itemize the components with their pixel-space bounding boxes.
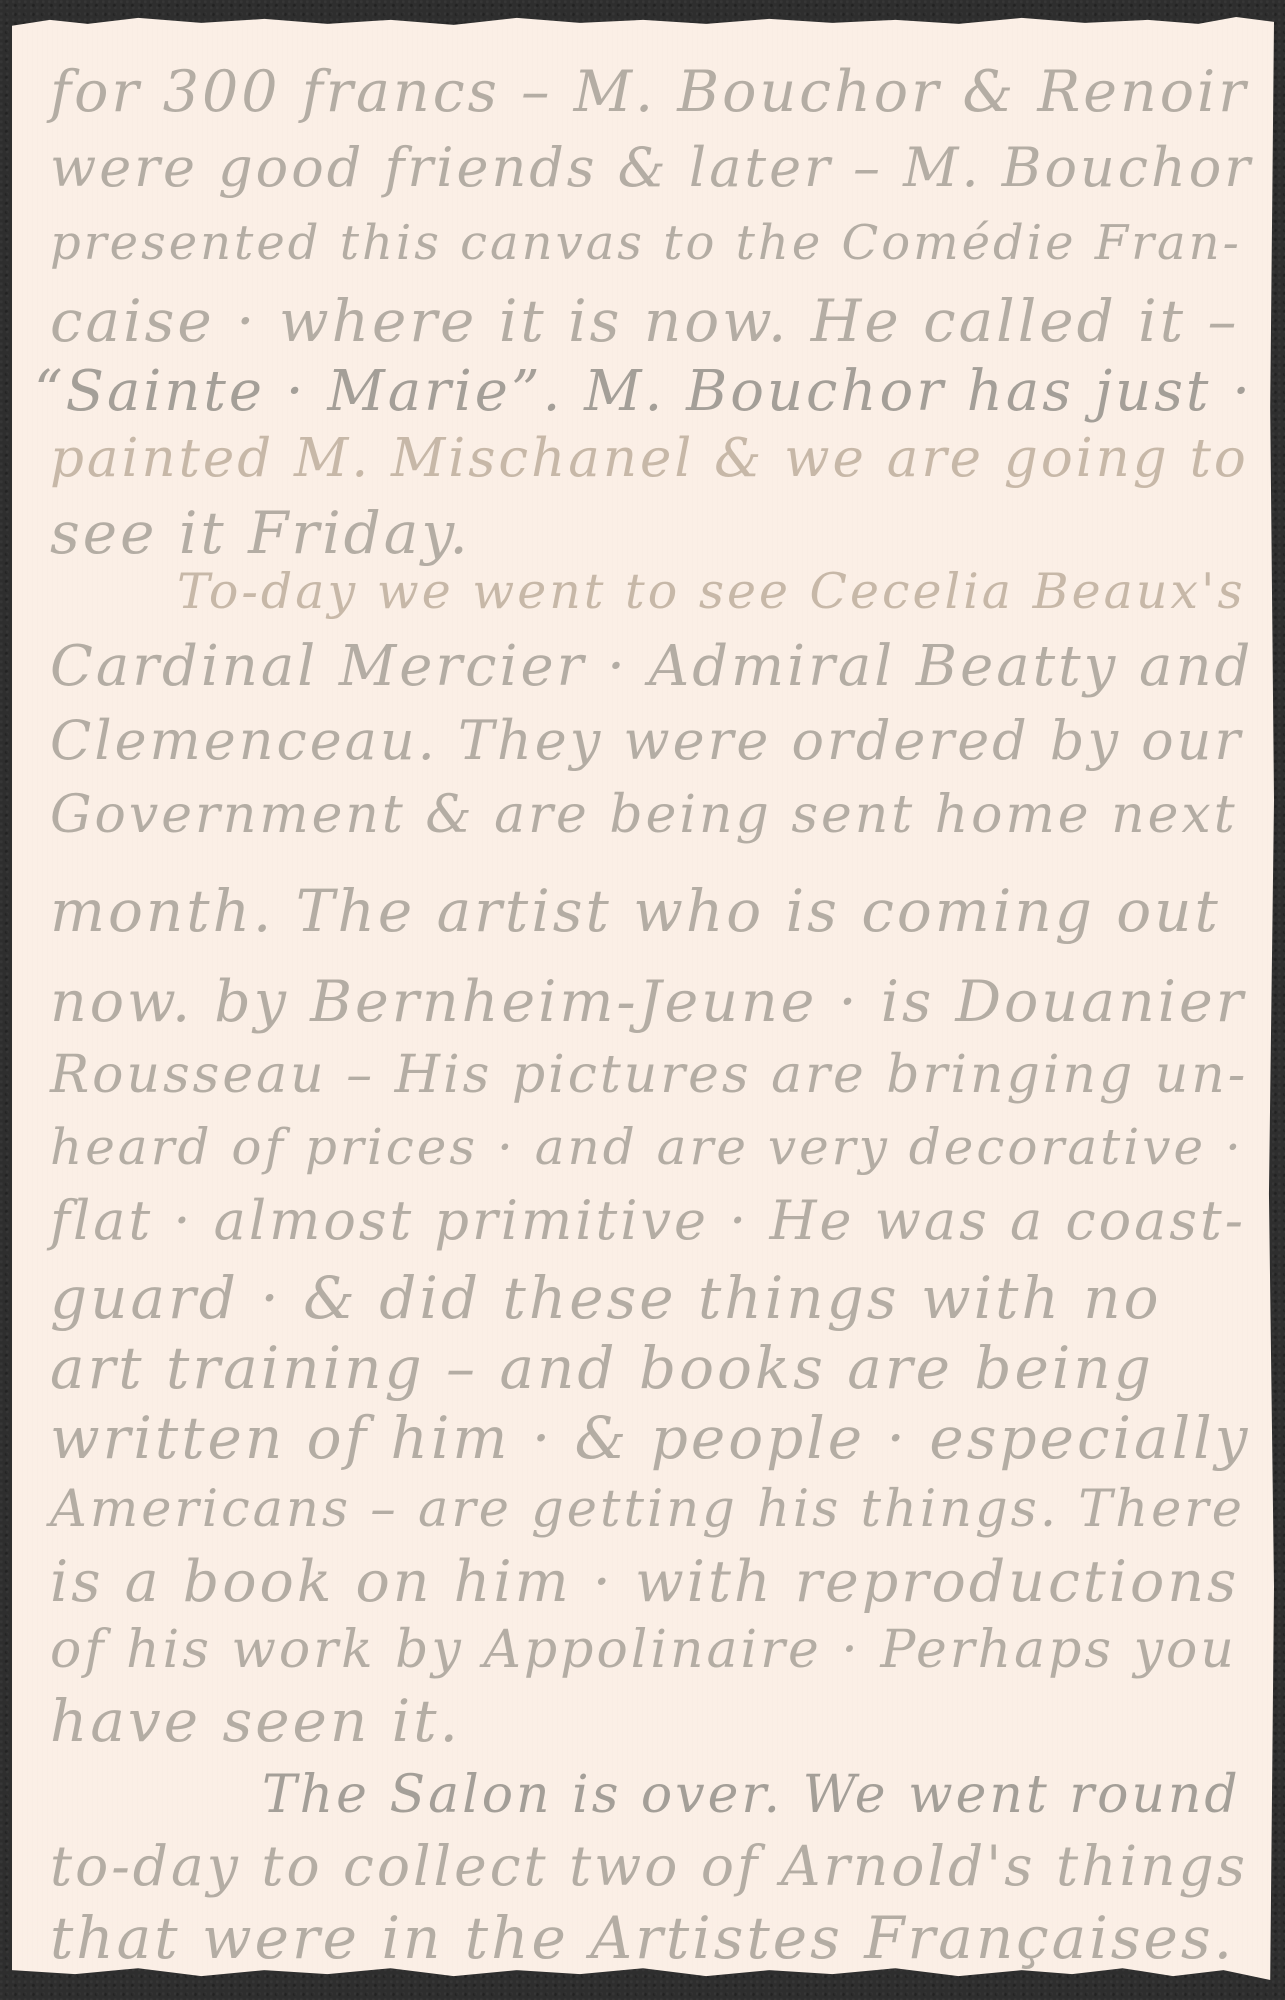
letter-line: Americans – are getting his things. Ther… bbox=[50, 1484, 1245, 1535]
letter-line: were good friends & later – M. Bouchor bbox=[50, 141, 1253, 195]
letter-line: caise · where it is now. He called it – bbox=[50, 292, 1239, 350]
letter-line: Cardinal Mercier · Admiral Beatty and bbox=[50, 639, 1253, 695]
letter-line: The Salon is over. We went round bbox=[262, 1769, 1241, 1821]
letter-line: art training – and books are being bbox=[50, 1339, 1154, 1397]
letter-line: written of him · & people · especially bbox=[50, 1409, 1250, 1467]
letter-line: flat · almost primitive · He was a coast… bbox=[50, 1194, 1246, 1248]
letter-line: Government & are being sent home next bbox=[50, 789, 1238, 841]
letter-line: to-day to collect two of Arnold's things bbox=[50, 1839, 1248, 1894]
letter-line: presented this canvas to the Comédie Fra… bbox=[50, 219, 1242, 267]
letter-line: Clemenceau. They were ordered by our bbox=[50, 714, 1243, 768]
letter-line: that were in the Artistes Françaises. bbox=[50, 1909, 1235, 1967]
letter-line: Rousseau – His pictures are bringing un- bbox=[50, 1049, 1248, 1101]
letter-line: see it Friday. bbox=[50, 504, 471, 562]
letter-line: have seen it. bbox=[50, 1692, 461, 1750]
letter-line: heard of prices · and are very decorativ… bbox=[50, 1122, 1244, 1172]
letter-line: for 300 francs – M. Bouchor & Renoir bbox=[50, 64, 1249, 121]
letter-line: To-day we went to see Cecelia Beaux's bbox=[177, 567, 1246, 616]
letter-line: painted M. Mischanel & we are going to bbox=[50, 432, 1249, 485]
letter-line: guard · & did these things with no bbox=[50, 1269, 1162, 1327]
letter-line: of his work by Appolinaire · Perhaps you bbox=[50, 1624, 1237, 1676]
letter-line: “Sainte · Marie”. M. Bouchor has just · bbox=[34, 364, 1253, 420]
letter-line: is a book on him · with reproductions bbox=[50, 1554, 1239, 1611]
letter-line: now. by Bernheim-Jeune · is Douanier bbox=[50, 974, 1246, 1031]
letter-page: for 300 francs – M. Bouchor & Renoir wer… bbox=[12, 14, 1274, 1980]
letter-line: month. The artist who is coming out bbox=[50, 882, 1221, 940]
